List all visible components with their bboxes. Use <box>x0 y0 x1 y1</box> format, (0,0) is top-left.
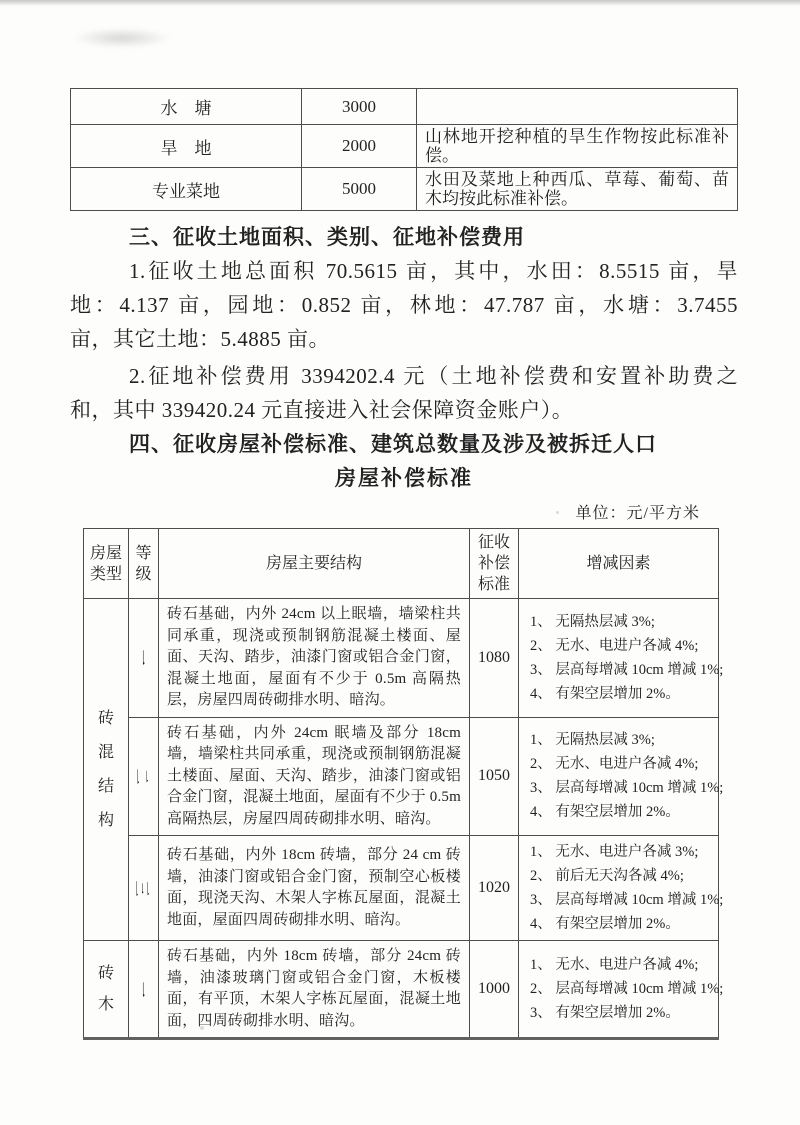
grade-cell: 二 <box>129 717 159 836</box>
grade-label: 三 <box>132 880 155 896</box>
table-row: 二 砖石基础，内外 24cm 眠墙及部分 18cm 墙，墙梁柱共同承重，现浇或预… <box>84 717 719 836</box>
structure-cell: 砖石基础，内外 24cm 以上眠墙，墙梁柱共同承重，现浇或预制钢筋混凝土楼面、屋… <box>159 599 470 718</box>
section3-heading: 三、征收土地面积、类别、征地补偿费用 <box>70 220 797 254</box>
scan-smudge <box>72 28 172 48</box>
factor-line: 2、 无水、电进户各减 4%; <box>530 634 714 658</box>
header-factors: 增减因素 <box>519 529 719 599</box>
factor-line: 2、 层高每增减 10cm 增减 1%; <box>530 977 714 1001</box>
factor-line: 1、 无隔热层减 3%; <box>530 610 714 634</box>
grade-cell: 三 <box>129 836 159 941</box>
factor-line: 4、 有架空层增加 2%。 <box>530 682 714 706</box>
factors-cell: 1、 无水、电进户各减 4%; 2、 层高每增减 10cm 增减 1%; 3、 … <box>519 941 719 1039</box>
land-note-cell: 水田及菜地上种西瓜、草莓、葡萄、苗木均按此标准补偿。 <box>417 168 738 211</box>
factor-line: 1、 无水、电进户各减 3%; <box>530 840 714 864</box>
factor-line: 4、 有架空层增加 2%。 <box>530 800 714 824</box>
paragraph-line: 2.征地补偿费用 3394202.4 元（土地补偿费和安置补助费之 <box>70 359 738 393</box>
land-note-cell: 山林地开挖种植的旱生作物按此标准补偿。 <box>417 125 738 168</box>
grade-label: 二 <box>132 768 155 784</box>
scan-speck <box>556 511 559 514</box>
house-type-cell: 砖木 <box>84 941 129 1039</box>
price-cell: 1000 <box>470 941 519 1039</box>
land-price-cell: 3000 <box>302 89 417 125</box>
factor-line: 2、 前后无天沟各减 4%; <box>530 864 714 888</box>
header-line: 房屋 <box>85 543 127 564</box>
structure-cell: 砖石基础，内外 24cm 眠墙及部分 18cm 墙，墙梁柱共同承重，现浇或预制钢… <box>159 717 470 836</box>
paragraph-line: 和，其中 339420.24 元直接进入社会保障资金账户）。 <box>70 393 738 427</box>
land-note-cell <box>417 89 738 125</box>
table-row: 砖混结构 一 砖石基础，内外 24cm 以上眠墙，墙梁柱共同承重，现浇或预制钢筋… <box>84 599 719 718</box>
paragraph-line: 地：4.137 亩，园地：0.852 亩，林地：47.787 亩，水塘：3.74… <box>70 288 738 322</box>
factor-line: 3、 层高每增减 10cm 增减 1%; <box>530 776 714 800</box>
scanned-document-page: 水 塘 3000 旱 地 2000 山林地开挖种植的旱生作物按此标准补偿。 专业… <box>0 0 800 1125</box>
house-type-label: 砖木 <box>97 958 115 1020</box>
unit-label: 单位：元/平方米 <box>576 500 700 523</box>
grade-cell: 一 <box>129 599 159 718</box>
factor-line: 4、 有架空层增加 2%。 <box>530 912 714 936</box>
paragraph-line: 亩，其它土地：5.4885 亩。 <box>70 322 738 356</box>
table-row: 专业菜地 5000 水田及菜地上种西瓜、草莓、葡萄、苗木均按此标准补偿。 <box>71 168 738 211</box>
table-row: 旱 地 2000 山林地开挖种植的旱生作物按此标准补偿。 <box>71 125 738 168</box>
factor-line: 2、 无水、电进户各减 4%; <box>530 752 714 776</box>
section4-heading: 四、征收房屋补偿标准、建筑总数量及涉及被拆迁人口 <box>70 427 797 461</box>
subtable-title: 房屋补偿标准 <box>70 461 738 495</box>
house-type-label: 砖混结构 <box>97 702 115 838</box>
header-line: 等 <box>130 543 157 564</box>
land-price-cell: 2000 <box>302 125 417 168</box>
house-compensation-table: 房屋 类型 等 级 房屋主要结构 征收 补偿 标准 增减因素 砖混结构 一 砖石… <box>83 528 719 1040</box>
price-cell: 1080 <box>470 599 519 718</box>
header-structure: 房屋主要结构 <box>159 529 470 599</box>
scan-edge-shadow <box>0 0 800 6</box>
table-row: 砖木 一 砖石基础，内外 18cm 砖墙，部分 24cm 砖墙，油漆玻璃门窗或铝… <box>84 941 719 1039</box>
price-cell: 1050 <box>470 717 519 836</box>
house-type-cell: 砖混结构 <box>84 599 129 941</box>
table-header-row: 房屋 类型 等 级 房屋主要结构 征收 补偿 标准 增减因素 <box>84 529 719 599</box>
paragraph-line: 1.征收土地总面积 70.5615 亩，其中，水田：8.5515 亩，旱 <box>70 254 738 288</box>
land-price-cell: 5000 <box>302 168 417 211</box>
header-grade: 等 级 <box>129 529 159 599</box>
factors-cell: 1、 无隔热层减 3%; 2、 无水、电进户各减 4%; 3、 层高每增减 10… <box>519 599 719 718</box>
grade-label: 一 <box>132 650 155 666</box>
factor-line: 1、 无隔热层减 3%; <box>530 728 714 752</box>
land-type-cell: 水 塘 <box>71 89 302 125</box>
price-cell: 1020 <box>470 836 519 941</box>
structure-cell: 砖石基础，内外 18cm 砖墙，部分 24cm 砖墙，油漆玻璃门窗或铝合金门窗，… <box>159 941 470 1039</box>
factor-line: 3、 有架空层增加 2%。 <box>530 1001 714 1025</box>
land-type-cell: 旱 地 <box>71 125 302 168</box>
land-compensation-table: 水 塘 3000 旱 地 2000 山林地开挖种植的旱生作物按此标准补偿。 专业… <box>70 88 738 211</box>
factor-line: 3、 层高每增减 10cm 增减 1%; <box>530 888 714 912</box>
table-row: 水 塘 3000 <box>71 89 738 125</box>
header-line: 类型 <box>85 564 127 585</box>
header-line: 级 <box>130 564 157 585</box>
structure-cell: 砖石基础，内外 18cm 砖墙，部分 24 cm 砖墙，油漆门窗或铝合金门窗，预… <box>159 836 470 941</box>
header-price: 征收 补偿 标准 <box>470 529 519 599</box>
factors-cell: 1、 无隔热层减 3%; 2、 无水、电进户各减 4%; 3、 层高每增减 10… <box>519 717 719 836</box>
table-row: 三 砖石基础，内外 18cm 砖墙，部分 24 cm 砖墙，油漆门窗或铝合金门窗… <box>84 836 719 941</box>
factor-line: 1、 无水、电进户各减 4%; <box>530 953 714 977</box>
factors-cell: 1、 无水、电进户各减 3%; 2、 前后无天沟各减 4%; 3、 层高每增减 … <box>519 836 719 941</box>
header-line: 征收 <box>471 532 517 553</box>
grade-label: 一 <box>132 981 155 997</box>
factor-line: 3、 层高每增减 10cm 增减 1%; <box>530 658 714 682</box>
header-house-type: 房屋 类型 <box>84 529 129 599</box>
land-type-cell: 专业菜地 <box>71 168 302 211</box>
header-line: 标准 <box>471 574 517 595</box>
header-line: 补偿 <box>471 553 517 574</box>
grade-cell: 一 <box>129 941 159 1039</box>
